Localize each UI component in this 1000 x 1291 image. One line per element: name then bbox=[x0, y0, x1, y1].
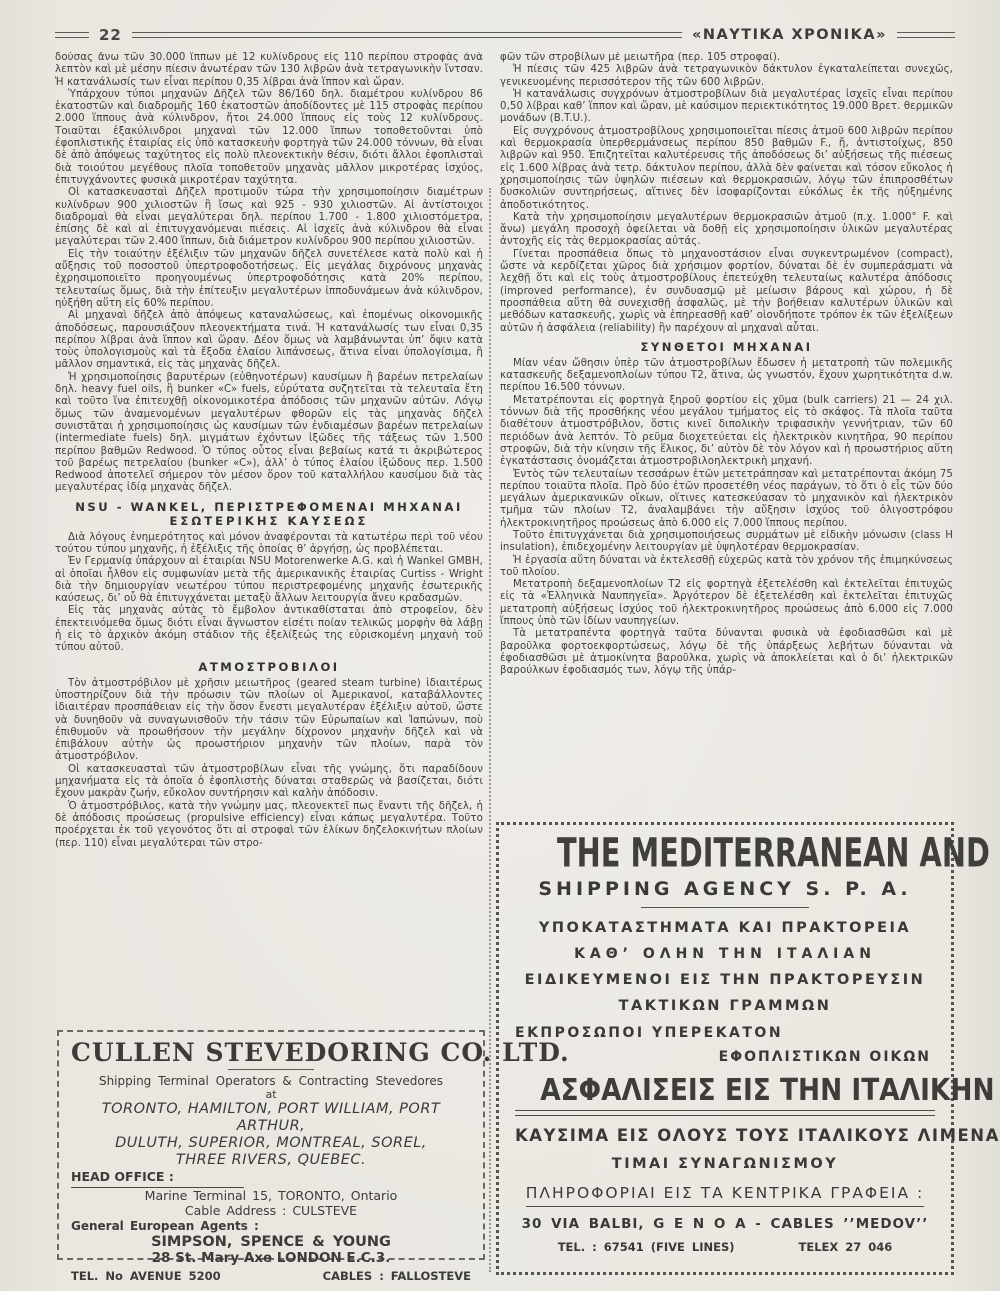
subtitle-underline bbox=[641, 907, 809, 908]
ad-line-shipowners: ΕΦΟΠΛΙΣΤΙΚΩΝ ΟΙΚΩΝ bbox=[515, 1049, 935, 1065]
paragraph: φῶν τῶν στροβίλων μὲ μειωτῆρα (περ. 105 … bbox=[500, 52, 953, 64]
paragraph: Μίαν νέαν ὤθησιν ὑπὲρ τῶν ἀτμοστροβίλων … bbox=[500, 358, 953, 395]
column-right: φῶν τῶν στροβίλων μὲ μειωτῆρα (περ. 105 … bbox=[500, 52, 953, 820]
paragraph: Οἱ κατασκευασταὶ τῶν ἀτμοστροβίλων εἶναι… bbox=[55, 764, 483, 801]
ad-line-prices: ΤΙΜΑΙ ΣΥΝΑΓΩΝΙΣΜΟΥ bbox=[515, 1156, 935, 1172]
column-left: δούσας ἄνω τῶν 30.000 ἵππων μὲ 12 κυλίνδ… bbox=[55, 52, 483, 1028]
head-office-address: Marine Terminal 15, TORONTO, Ontario bbox=[71, 1188, 471, 1203]
paragraph: δούσας ἄνω τῶν 30.000 ἵππων μὲ 12 κυλίνδ… bbox=[55, 52, 483, 89]
ad-cities-line: THREE RIVERS, QUEBEC. bbox=[71, 1152, 471, 1169]
ad-title: CULLEN STEVEDORING CO. LTD. bbox=[71, 1039, 471, 1066]
paragraph: Τὸν ἀτμοστρόβιλον μὲ χρῆσιν μειωτῆρος (g… bbox=[55, 678, 483, 764]
page-number: 22 bbox=[99, 26, 122, 44]
paragraph: Κατὰ τὴν χρησιμοποίησιν μεγαλυτέρων θερμ… bbox=[500, 212, 953, 249]
telex: TELEX 27 046 bbox=[799, 1240, 893, 1254]
paragraph: Ἡ χρησιμοποίησις βαρυτέρων (εὐθηνοτέρων)… bbox=[55, 372, 483, 495]
page-header: 22 «ΝΑΥΤΙΚΑ ΧΡΟΝΙΚΑ» bbox=[55, 26, 955, 44]
paragraph: Εἰς συγχρόνους ἀτμοστροβίλους χρησιμοποι… bbox=[500, 126, 953, 212]
header-rule-center bbox=[132, 32, 682, 38]
paragraph: Μετατροπὴ δεξαμενοπλοίων Τ2 εἰς φορτηγὰ … bbox=[500, 579, 953, 628]
paragraph: Ἡ πίεσις τῶν 425 λιβρῶν ἀνὰ τετραγωνικὸν… bbox=[500, 64, 953, 89]
section-heading-steam-turbines: ΑΤΜΟΣΤΡΟΒΙΛΟΙ bbox=[55, 660, 483, 674]
ad-banner-insurance: ΑΣΦΑΛΙΣΕΙΣ ΕΙΣ ΤΗΝ ΙΤΑΛΙΚΗΝ ΑΓΟΡΑΝ bbox=[540, 1075, 910, 1107]
paragraph: Εἰς τὰς μηχανὰς αὐτὰς τὸ ἔμβολον ἀντικαθ… bbox=[55, 605, 483, 654]
heading-line: NSU - WANKEL, ΠΕΡΙΣΤΡΕΦΟΜΕΝΑΙ ΜΗΧΑΝΑΙ bbox=[55, 500, 483, 514]
ad-at-label: at bbox=[71, 1089, 471, 1101]
ad-line-specialized: ΕΙΔΙΚΕΥΜΕΝΟΙ ΕΙΣ ΤΗΝ ΠΡΑΚΤΟΡΕΥΣΙΝ bbox=[515, 972, 935, 989]
header-rule-right bbox=[897, 32, 955, 38]
paragraph: Αἱ μηχαναὶ δῆζελ ἀπὸ ἀπόψεως καταναλώσεω… bbox=[55, 310, 483, 371]
ad-cullen-stevedoring: CULLEN STEVEDORING CO. LTD. Shipping Ter… bbox=[57, 1030, 485, 1260]
paragraph: Γίνεται προσπάθεια ὅπως τὸ μηχανοστάσιον… bbox=[500, 249, 953, 335]
title-underline bbox=[228, 1069, 314, 1070]
telephone: TEL. No AVENUE 5200 bbox=[71, 1269, 221, 1283]
paragraph: Τὰ μετατραπέντα φορτηγὰ ταῦτα δύνανται φ… bbox=[500, 628, 953, 677]
ad-contact-row: TEL. No AVENUE 5200 CABLES : FALLOSTEVE bbox=[71, 1269, 471, 1283]
magazine-page: 22 «ΝΑΥΤΙΚΑ ΧΡΟΝΙΚΑ» δούσας ἄνω τῶν 30.0… bbox=[0, 0, 1000, 1291]
paragraph: Ἡ ἐργασία αὕτη δύναται νὰ ἐκτελεσθῇ εὐχε… bbox=[500, 555, 953, 580]
cables: CABLES : FALLOSTEVE bbox=[323, 1269, 471, 1283]
ad-line-representatives: ΕΚΠΡΟΣΩΠΟΙ ΥΠΕΡΕΚΑΤΟΝ bbox=[515, 1025, 935, 1041]
paragraph: Ὑπάρχουν τύποι μηχανῶν Δῆζελ τῶν 86/160 … bbox=[55, 89, 483, 187]
paragraph: Μετατρέπονται εἰς φορτηγὰ ξηροῦ φορτίου … bbox=[500, 395, 953, 469]
paragraph: Διὰ λόγους ἐνημερότητος καὶ μόνον ἀναφέρ… bbox=[55, 532, 483, 557]
telephone: TEL. : 67541 (FIVE LINES) bbox=[558, 1240, 735, 1254]
cable-address: Cable Address : CULSTEVE bbox=[71, 1203, 471, 1218]
ad-address: 30 VIA BALBI, G E N O A - CABLES ’’MEDOV… bbox=[515, 1216, 935, 1232]
ad-contact-row: TEL. : 67541 (FIVE LINES) TELEX 27 046 bbox=[515, 1240, 935, 1254]
agents-name: SIMPSON, SPENCE & YOUNG bbox=[71, 1234, 471, 1250]
ad-line-branches: ΥΠΟΚΑΤΑΣΤΗΜΑΤΑ ΚΑΙ ΠΡΑΚΤΟΡΕΙΑ bbox=[515, 920, 935, 937]
section-heading-nsu-wankel: NSU - WANKEL, ΠΕΡΙΣΤΡΕΦΟΜΕΝΑΙ ΜΗΧΑΝΑΙ ΕΣ… bbox=[55, 500, 483, 528]
agents-address: 28 St. Mary Axe LONDON E.C.3. bbox=[71, 1250, 471, 1266]
heading-line: ΕΣΩΤΕΡΙΚΗΣ ΚΑΥΣΕΩΣ bbox=[55, 514, 483, 528]
ad-line-info: ΠΛΗΡΟΦΟΡΙΑΙ ΕΙΣ ΤΑ ΚΕΝΤΡΙΚΑ ΓΡΑΦΕΙΑ : bbox=[515, 1184, 935, 1207]
header-rule-left bbox=[55, 32, 89, 38]
paragraph: Ἐντὸς τῶν τελευταίων τεσσάρων ἐτῶν μετετ… bbox=[500, 469, 953, 530]
paragraph: Οἱ κατασκευασταὶ Δῆζελ προτιμοῦν τώρα τὴ… bbox=[55, 187, 483, 248]
ad-line-fuel: ΚΑΥΣΙΜΑ ΕΙΣ ΟΛΟΥΣ ΤΟΥΣ ΙΤΑΛΙΚΟΥΣ ΛΙΜΕΝΑΣ bbox=[515, 1126, 935, 1146]
column-divider bbox=[489, 188, 491, 1272]
agents-label: General European Agents : bbox=[71, 1218, 471, 1234]
ad-line-regular-lines: ΤΑΚΤΙΚΩΝ ΓΡΑΜΜΩΝ bbox=[515, 998, 935, 1015]
section-heading-composite-engines: ΣΥΝΘΕΤΟΙ ΜΗΧΑΝΑΙ bbox=[500, 340, 953, 354]
ad-cities-line: DULUTH, SUPERIOR, MONTREAL, SOREL, bbox=[71, 1135, 471, 1152]
ad-line-italy: ΚΑΘ’ ΟΛΗΝ ΤΗΝ ΙΤΑΛΙΑΝ bbox=[515, 946, 935, 963]
paragraph: Ἐν Γερμανίᾳ ὑπάρχουν αἱ ἑταιρίαι NSU Mot… bbox=[55, 556, 483, 605]
ad-subtitle: Shipping Terminal Operators & Contractin… bbox=[71, 1074, 471, 1089]
ad-cities-line: TORONTO, HAMILTON, PORT WILLIAM, PORT AR… bbox=[71, 1101, 471, 1135]
paragraph: Ὁ ἀτμοστρόβιλος, κατὰ τὴν γνώμην μας, πλ… bbox=[55, 801, 483, 850]
ad-title: THE MEDITERRANEAN AND OVERSEAS bbox=[557, 833, 893, 876]
banner-underline bbox=[515, 1110, 935, 1116]
paragraph: Εἰς τὴν τοιαύτην ἐξέλιξιν τῶν μηχανῶν δῆ… bbox=[55, 249, 483, 310]
head-office-label: HEAD OFFICE : bbox=[71, 1169, 471, 1188]
ad-subtitle: SHIPPING AGENCY S. P. A. bbox=[515, 877, 935, 901]
paragraph: Τοῦτο ἐπιτυγχάνεται διὰ χρησιμοποιήσεως … bbox=[500, 530, 953, 555]
paragraph: Ἡ κατανάλωσις συγχρόνων ἀτμοστροβίλων δι… bbox=[500, 89, 953, 126]
ad-mediterranean-overseas: THE MEDITERRANEAN AND OVERSEAS SHIPPING … bbox=[496, 822, 954, 1275]
masthead-title: «ΝΑΥΤΙΚΑ ΧΡΟΝΙΚΑ» bbox=[692, 27, 887, 43]
